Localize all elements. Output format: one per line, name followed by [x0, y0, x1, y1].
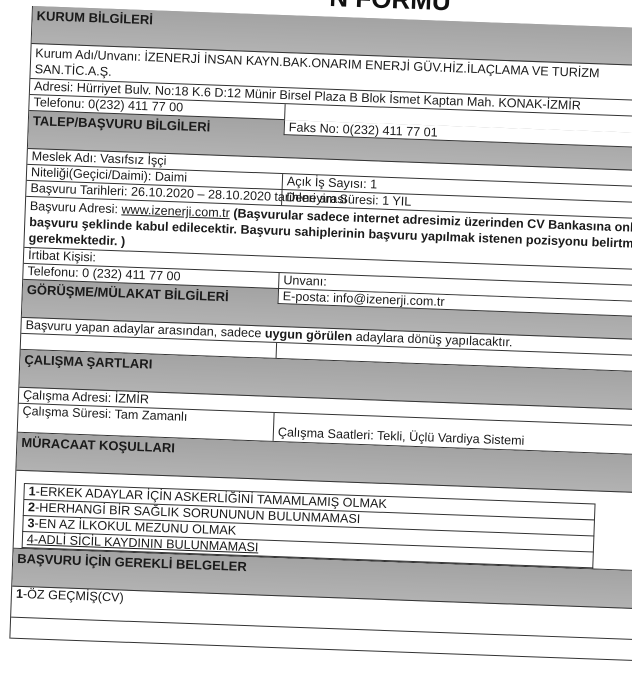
work-hours-value: Tekli, Üçlü Vardiya Sistemi	[377, 429, 525, 448]
contact-email-label: E-posta:	[283, 289, 330, 305]
company-name-label: Kurum Adı/Unvanı:	[35, 46, 141, 64]
contact-title-label: Unvanı:	[283, 273, 327, 289]
work-hours-label: Çalışma Saatleri:	[278, 425, 374, 442]
work-duration-label: Çalışma Süresi:	[22, 404, 111, 421]
contact-label: İrtibat Kişisi:	[28, 248, 96, 264]
job-name-label: Meslek Adı:	[31, 149, 97, 165]
interview-text-bold: uygun görülen	[265, 327, 353, 344]
job-name-value: Vasıfsız İşçi	[100, 152, 167, 168]
contact-phone-value: 0 (232) 411 77 00	[82, 266, 181, 284]
apply-address-label: Başvuru Adresi:	[30, 199, 119, 216]
open-positions-value: 1	[370, 177, 378, 191]
work-duration-value: Tam Zamanlı	[114, 407, 187, 424]
nature-label: Niteliği(Geçici/Daimi):	[31, 165, 152, 183]
apply-address-link[interactable]: www.izenerji.com.tr	[121, 202, 230, 220]
company-address-label: Adresi:	[34, 79, 74, 94]
company-phone-label: Telefonu:	[33, 95, 85, 111]
contact-phone-label: Telefonu:	[27, 264, 79, 280]
open-positions-label: Açık İş Sayısı:	[287, 174, 367, 191]
work-address-value: İZMİR	[114, 391, 149, 406]
company-fax-value: 0(232) 411 77 01	[342, 122, 437, 139]
company-phone-value: 0(232) 411 77 00	[88, 97, 183, 114]
work-address-label: Çalışma Adresi:	[23, 388, 112, 405]
job-posting-form: KURUM BİLGİLERİ Kurum Adı/Unvanı: İZENER…	[9, 6, 632, 662]
dates-label: Başvuru Tarihleri:	[30, 181, 128, 198]
nature-value: Daimi	[155, 170, 188, 185]
document-text: -ÖZ GEÇMİŞ(CV)	[23, 587, 124, 605]
contact-email-value[interactable]: info@izenerji.com.tr	[333, 291, 445, 309]
trial-label: Deneyim Süresi:	[286, 190, 379, 207]
form-title: N FORMU	[329, 0, 451, 17]
trial-value: 1 YIL	[382, 194, 412, 209]
company-fax-label: Faks No:	[289, 120, 340, 136]
